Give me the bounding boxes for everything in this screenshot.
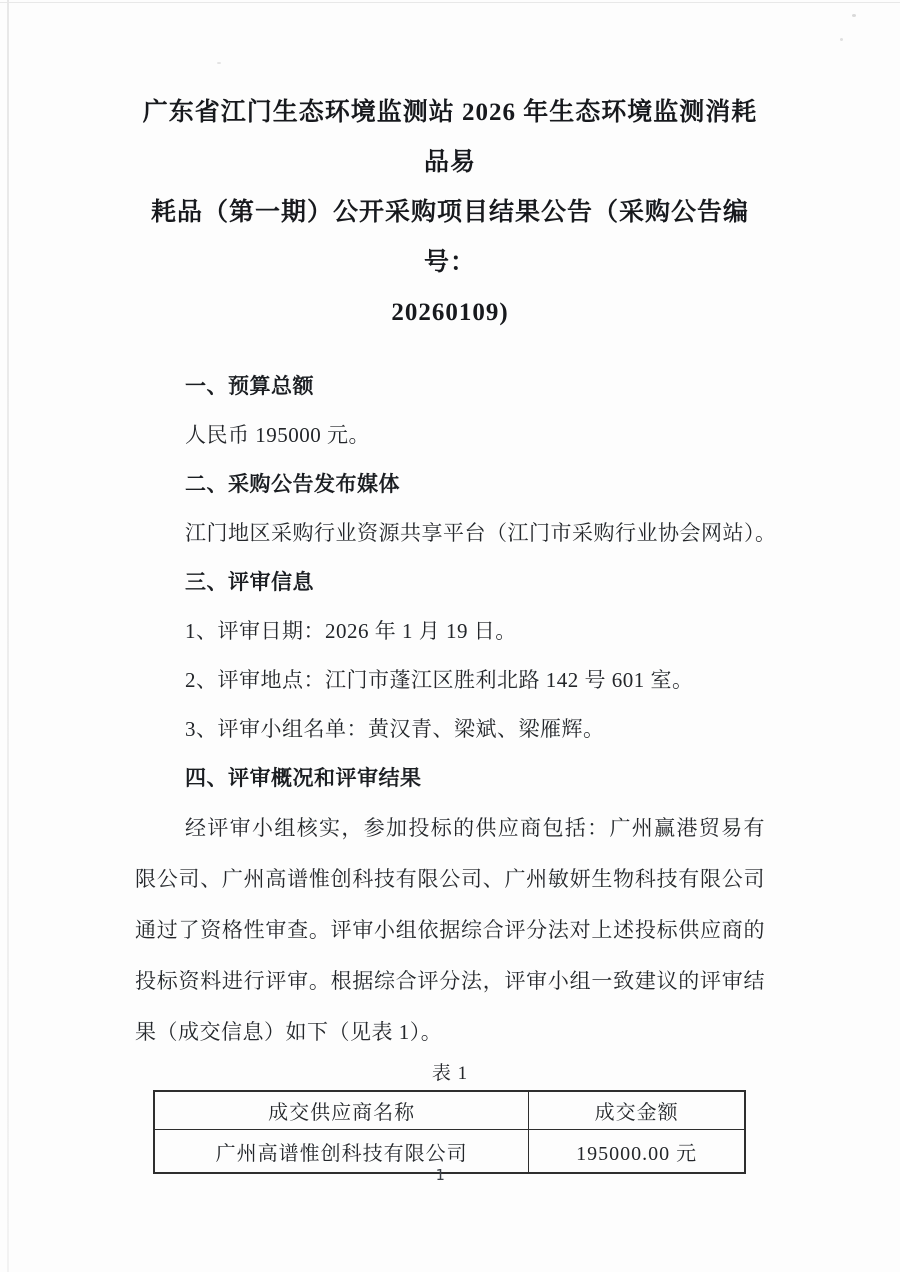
review-location-item: 2、评审地点：江门市蓬江区胜利北路 142 号 601 室。 [135,656,765,705]
media-platform-text: 江门地区采购行业资源共享平台（江门市采购行业协会网站）。 [135,509,765,558]
table-header-award-amount: 成交金额 [529,1091,745,1130]
document-content: 广东省江门生态环境监测站 2026 年生态环境监测消耗品易 耗品（第一期）公开采… [135,88,765,1174]
section-heading-review: 三、评审信息 [135,558,765,607]
scan-speckle [852,14,856,17]
title-line-2: 耗品（第一期）公开采购项目结果公告（采购公告编号： [135,188,765,288]
table-header-supplier-name: 成交供应商名称 [154,1091,529,1130]
table-caption: 表 1 [135,1060,765,1088]
scanned-document-page: 广东省江门生态环境监测站 2026 年生态环境监测消耗品易 耗品（第一期）公开采… [0,0,900,1272]
award-result-table: 成交供应商名称 成交金额 广州高谱惟创科技有限公司 195000.00 元 [153,1090,746,1174]
review-panel-item: 3、评审小组名单：黄汉青、梁斌、梁雁辉。 [135,705,765,754]
section-heading-media: 二、采购公告发布媒体 [135,460,765,509]
scan-speckle [840,38,843,41]
scan-artifact-left-edge [7,0,9,1272]
result-summary-paragraph: 经评审小组核实，参加投标的供应商包括：广州赢港贸易有限公司、广州高谱惟创科技有限… [135,803,765,1058]
document-title: 广东省江门生态环境监测站 2026 年生态环境监测消耗品易 耗品（第一期）公开采… [135,88,765,338]
scan-artifact-top-edge [0,2,900,3]
budget-amount-text: 人民币 195000 元。 [135,411,765,460]
section-heading-result: 四、评审概况和评审结果 [135,754,765,803]
scan-speckle [217,62,221,64]
section-heading-budget: 一、预算总额 [135,362,765,411]
page-number: 1 [0,1166,880,1184]
title-line-3: 20260109) [135,288,765,338]
table-header-row: 成交供应商名称 成交金额 [154,1091,745,1130]
review-date-item: 1、评审日期：2026 年 1 月 19 日。 [135,607,765,656]
title-line-1: 广东省江门生态环境监测站 2026 年生态环境监测消耗品易 [135,88,765,188]
